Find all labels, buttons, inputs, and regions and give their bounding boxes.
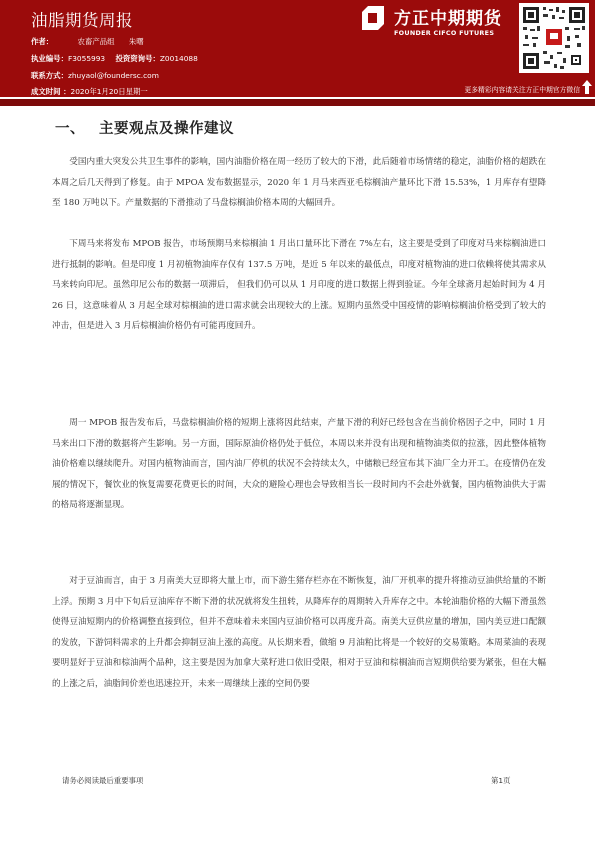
advisor-label: 投资资询号： bbox=[116, 54, 160, 63]
logo-english-name: FOUNDER CIFCO FUTURES bbox=[394, 29, 494, 37]
paragraph: 周一 MPOB 报告发布后，马盘棕榈油价格的短期上涨将因此结束，产量下滑的利好已… bbox=[52, 413, 546, 516]
report-date: 2020年1月20日星期一 bbox=[71, 87, 148, 96]
section-number: 一、 bbox=[55, 121, 85, 137]
author-group: 农畜产品组 bbox=[78, 37, 115, 46]
section-heading: 一、主要观点及操作建议 bbox=[55, 117, 234, 138]
license-line: 执业编号：F3055993 投资资询号：Z0014088 bbox=[31, 53, 198, 64]
date-line: 成文时间 ：2020年1月20日星期一 bbox=[31, 86, 148, 97]
contact-line: 联系方式：zhuyaol@foundersc.com bbox=[31, 70, 159, 81]
paragraph-text: 受国内重大突发公共卫生事件的影响，国内油脂价格在周一经历了较大的下滑，此后随着市… bbox=[52, 152, 546, 214]
report-title: 油脂期货周报 bbox=[31, 7, 133, 31]
section-title: 主要观点及操作建议 bbox=[99, 121, 234, 137]
paragraph: 对于豆油而言，由于 3 月南美大豆即将大量上市，而下游生猪存栏亦在不断恢复，油厂… bbox=[52, 571, 546, 695]
wechat-qr-code bbox=[519, 3, 589, 73]
contact-label: 联系方式： bbox=[31, 71, 68, 80]
author-line: 作者： 农畜产品组 朱曙 bbox=[31, 36, 144, 47]
paragraph-text: 下周马来将发布 MPOB 报告，市场预期马来棕榈油 1 月出口量环比下滑在 7%… bbox=[52, 234, 546, 337]
arrow-up-icon bbox=[582, 80, 592, 94]
paragraph: 受国内重大突发公共卫生事件的影响，国内油脂价格在周一经历了较大的下滑，此后随着市… bbox=[52, 152, 546, 214]
report-header: 油脂期货周报 作者： 农畜产品组 朱曙 执业编号：F3055993 投资资询号：… bbox=[0, 0, 595, 97]
header-divider-dark bbox=[0, 99, 595, 106]
follow-wechat-text: 更多精彩内容请关注方正中期官方微信 bbox=[464, 84, 580, 94]
contact-email[interactable]: zhuyaol@foundersc.com bbox=[68, 71, 159, 80]
page-number: 第1页 bbox=[491, 775, 510, 786]
disclaimer-note: 请务必阅读最后重要事项 bbox=[62, 775, 143, 786]
license-number: F3055993 bbox=[68, 54, 105, 63]
logo-chinese-name: 方正中期期货 bbox=[394, 4, 502, 29]
paragraph-text: 对于豆油而言，由于 3 月南美大豆即将大量上市，而下游生猪存栏亦在不断恢复，油厂… bbox=[52, 571, 546, 695]
paragraph: 下周马来将发布 MPOB 报告，市场预期马来棕榈油 1 月出口量环比下滑在 7%… bbox=[52, 234, 546, 337]
author-label: 作者： bbox=[31, 37, 53, 46]
date-label: 成文时间 ： bbox=[31, 87, 71, 96]
company-logo: 方正中期期货 FOUNDER CIFCO FUTURES bbox=[362, 4, 512, 44]
license-label: 执业编号： bbox=[31, 54, 68, 63]
author-name: 朱曙 bbox=[129, 37, 144, 46]
advisor-number: Z0014088 bbox=[160, 54, 198, 63]
founder-logo-icon bbox=[362, 6, 384, 30]
qr-code-icon bbox=[519, 3, 589, 73]
paragraph-text: 周一 MPOB 报告发布后，马盘棕榈油价格的短期上涨将因此结束，产量下滑的利好已… bbox=[52, 413, 546, 516]
